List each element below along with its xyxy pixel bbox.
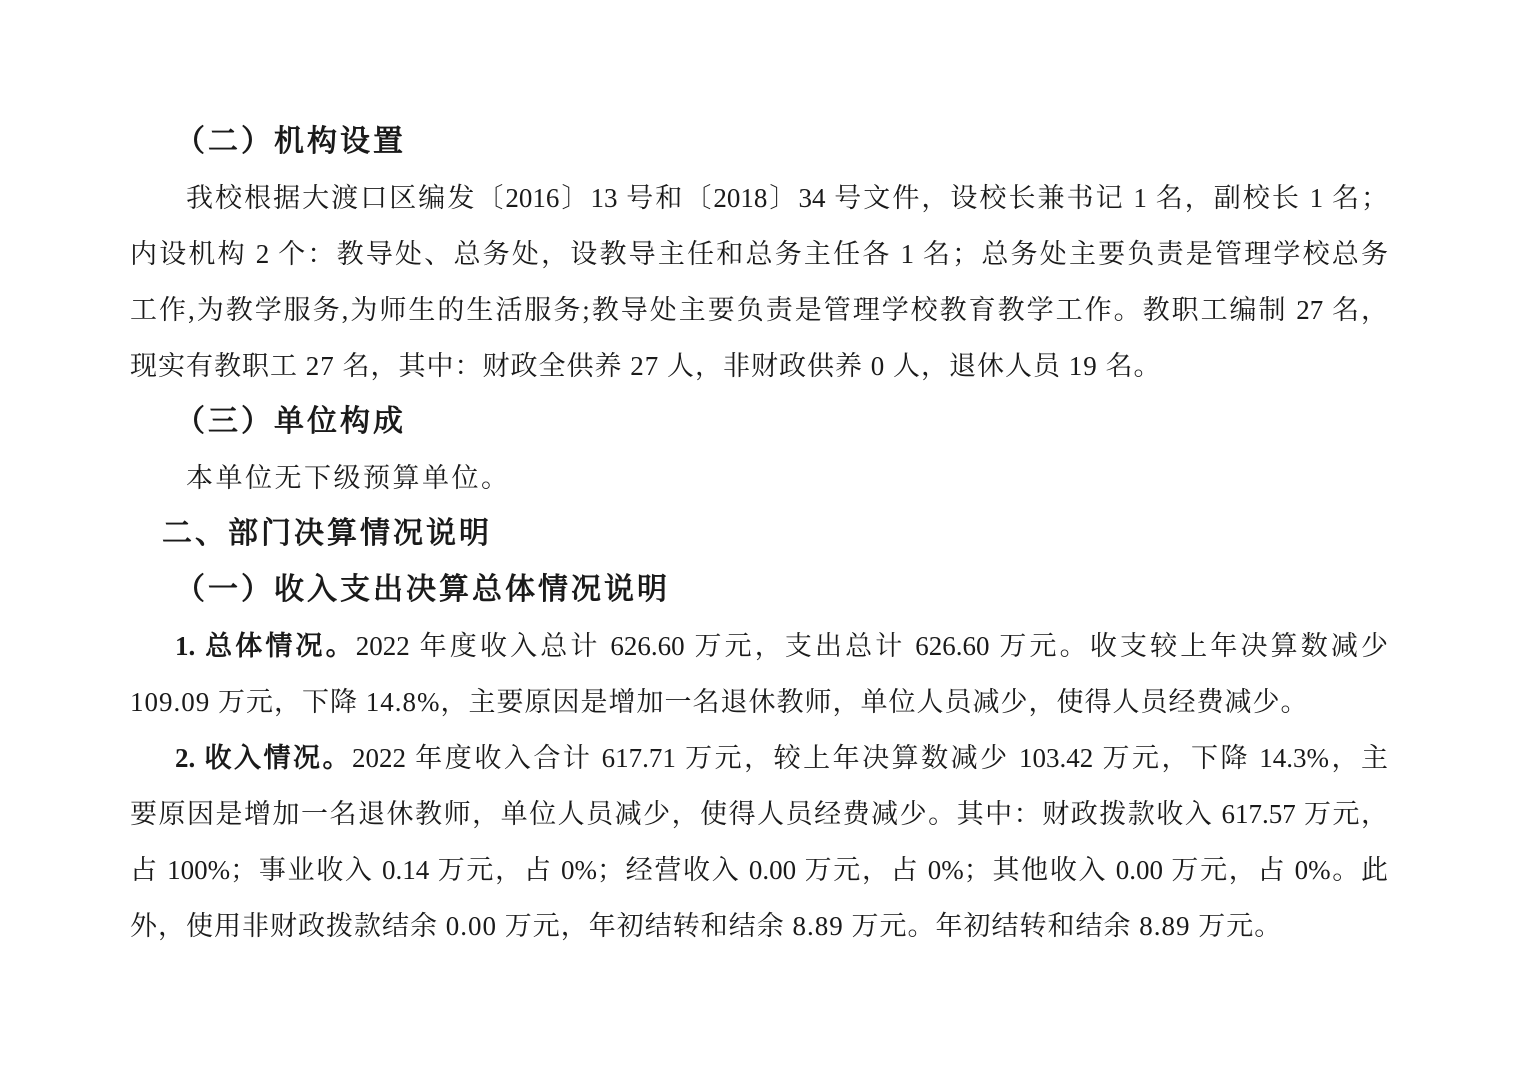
section-heading-org-setup: （二）机构设置: [130, 114, 1388, 170]
paragraph-org-line-1: 我校根据大渡口区编发〔2016〕13 号和〔2018〕34 号文件，设校长兼书记…: [130, 170, 1388, 226]
paragraph-org-line-2: 内设机构 2 个：教导处、总务处，设教导主任和总务主任各 1 名；总务处主要负责…: [130, 226, 1388, 282]
paragraph-income-line-2: 要原因是增加一名退休教师，单位人员减少，使得人员经费减少。其中：财政拨款收入 6…: [130, 786, 1388, 842]
paragraph-income-line-4: 外，使用非财政拨款结余 0.00 万元，年初结转和结余 8.89 万元。年初结转…: [130, 898, 1388, 954]
document-body: （二）机构设置 我校根据大渡口区编发〔2016〕13 号和〔2018〕34 号文…: [130, 114, 1388, 954]
paragraph-overall-line-2: 109.09 万元，下降 14.8%，主要原因是增加一名退休教师，单位人员减少，…: [130, 674, 1388, 730]
paragraph-overall-text: 2022 年度收入总计 626.60 万元，支出总计 626.60 万元。收支较…: [356, 631, 1388, 661]
chapter-heading-final-accounts: 二、部门决算情况说明: [130, 506, 1388, 562]
subsection-heading-overview: （一）收入支出决算总体情况说明: [130, 562, 1388, 618]
paragraph-unit-composition: 本单位无下级预算单位。: [130, 450, 1388, 506]
section-heading-unit-composition: （三）单位构成: [130, 394, 1388, 450]
paragraph-income-text: 2022 年度收入合计 617.71 万元，较上年决算数减少 103.42 万元…: [352, 743, 1388, 773]
document-page: （二）机构设置 我校根据大渡口区编发〔2016〕13 号和〔2018〕34 号文…: [0, 0, 1520, 1074]
paragraph-income-lead: 2. 收入情况。: [175, 743, 352, 773]
paragraph-income-line-1: 2. 收入情况。2022 年度收入合计 617.71 万元，较上年决算数减少 1…: [130, 730, 1388, 786]
paragraph-org-line-3: 工作,为教学服务,为师生的生活服务;教导处主要负责是管理学校教育教学工作。教职工…: [130, 282, 1388, 338]
paragraph-org-line-4: 现实有教职工 27 名，其中：财政全供养 27 人，非财政供养 0 人，退休人员…: [130, 338, 1388, 394]
paragraph-income-line-3: 占 100%；事业收入 0.14 万元，占 0%；经营收入 0.00 万元，占 …: [130, 842, 1388, 898]
paragraph-overall-line-1: 1. 总体情况。2022 年度收入总计 626.60 万元，支出总计 626.6…: [130, 618, 1388, 674]
paragraph-overall-lead: 1. 总体情况。: [175, 631, 356, 661]
